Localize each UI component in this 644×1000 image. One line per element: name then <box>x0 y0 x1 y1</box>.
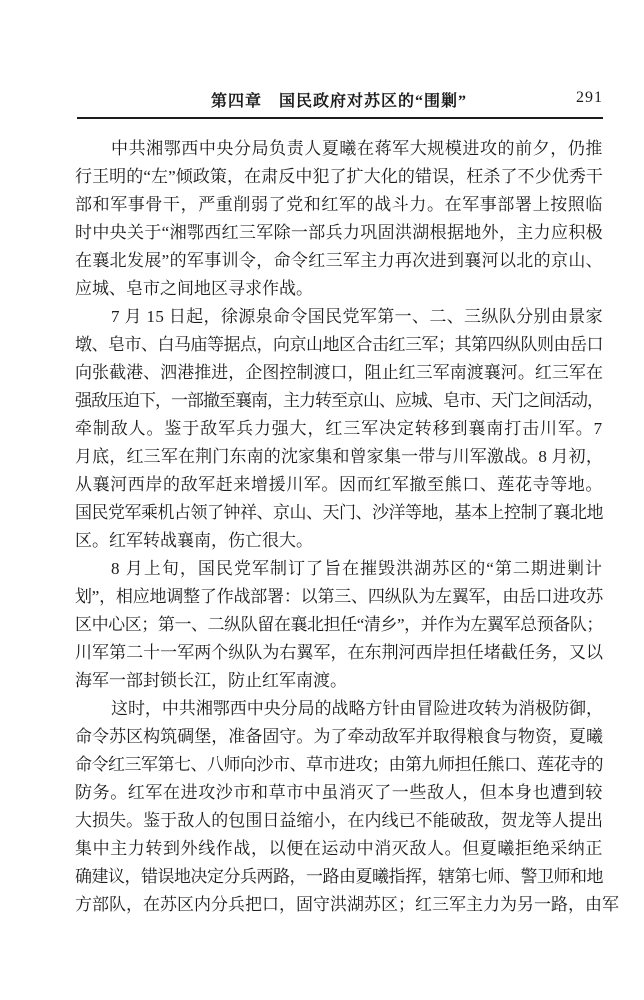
text-line: 集中主力转到外线作战，以便在运动中消灭敌人。但夏曦拒绝采纳正 <box>75 835 603 863</box>
text-line: 海军一部封锁长江，防止红军南渡。 <box>75 667 603 695</box>
text-line: 中共湘鄂西中央分局负责人夏曦在蒋军大规模进攻的前夕，仍推 <box>75 135 603 163</box>
header-rule <box>77 117 603 119</box>
text-line: 这时，中共湘鄂西中央分局的战略方针由冒险进攻转为消极防御， <box>75 695 603 723</box>
text-line: 确建议，错误地决定分兵两路，一路由夏曦指挥，辖第七师、警卫师和地 <box>75 863 603 891</box>
text-line: 时中央关于“湘鄂西红三军除一部兵力巩固洪湖根据地外，主力应积极 <box>75 219 603 247</box>
text-line: 8 月上旬，国民党军制订了旨在摧毁洪湖苏区的“第二期进剿计 <box>75 555 603 583</box>
text-line: 向张截港、泗港推进，企图控制渡口，阻止红三军南渡襄河。红三军在 <box>75 359 603 387</box>
text-line: 大损失。鉴于敌人的包围日益缩小，在内线已不能破敌，贺龙等人提出 <box>75 807 603 835</box>
chapter-title: 第四章 国民政府对苏区的“围剿” <box>75 88 603 111</box>
text-line: 区中心区；第一、二纵队留在襄北担任“清乡”，并作为左翼军总预备队； <box>75 611 603 639</box>
body-paragraphs: 中共湘鄂西中央分局负责人夏曦在蒋军大规模进攻的前夕，仍推行王明的“左”倾政策，在… <box>75 135 603 919</box>
text-line: 应城、皂市之间地区寻求作战。 <box>75 275 603 303</box>
text-line: 7 月 15 日起，徐源泉命令国民党军第一、二、三纵队分别由景家 <box>75 303 603 331</box>
text-line: 从襄河西岸的敌军赶来增援川军。因而红军撤至熊口、莲花寺等地。 <box>75 471 603 499</box>
text-line: 在襄北发展”的军事训令，命令红三军主力再次进到襄河以北的京山、 <box>75 247 603 275</box>
text-line: 防务。红军在进攻沙市和草市中虽消灭了一些敌人，但本身也遭到较 <box>75 779 603 807</box>
text-line: 牵制敌人。鉴于敌军兵力强大，红三军决定转移到襄南打击川军。7 <box>75 415 603 443</box>
text-line: 行王明的“左”倾政策，在肃反中犯了扩大化的错误，枉杀了不少优秀干 <box>75 163 603 191</box>
text-line: 划”，相应地调整了作战部署：以第三、四纵队为左翼军，由岳口进攻苏 <box>75 583 603 611</box>
text-line: 区。红军转战襄南，伤亡很大。 <box>75 527 603 555</box>
page-header: 第四章 国民政府对苏区的“围剿” 291 <box>75 88 603 112</box>
book-page: 第四章 国民政府对苏区的“围剿” 291 中共湘鄂西中央分局负责人夏曦在蒋军大规… <box>0 0 644 1000</box>
text-line: 强敌压迫下，一部撤至襄南，主力转至京山、应城、皂市、天门之间活动， <box>75 387 603 415</box>
text-line: 墩、皂市、白马庙等据点，向京山地区合击红三军；其第四纵队则由岳口 <box>75 331 603 359</box>
page-number: 291 <box>576 89 603 107</box>
text-line: 方部队，在苏区内分兵把口，固守洪湖苏区；红三军主力为另一路，由军 <box>75 891 603 919</box>
text-line: 国民党军乘机占领了钟祥、京山、天门、沙洋等地，基本上控制了襄北地 <box>75 499 603 527</box>
text-line: 部和军事骨干，严重削弱了党和红军的战斗力。在军事部署上按照临 <box>75 191 603 219</box>
text-line: 月底，红三军在荆门东南的沈家集和曾家集一带与川军激战。8 月初， <box>75 443 603 471</box>
text-line: 命令红三军第七、八师向沙市、草市进攻；由第九师担任熊口、莲花寺的 <box>75 751 603 779</box>
text-line: 川军第二十一军两个纵队为右翼军，在东荆河西岸担任堵截任务，又以 <box>75 639 603 667</box>
text-line: 命令苏区构筑碉堡，准备固守。为了牵动敌军并取得粮食与物资，夏曦 <box>75 723 603 751</box>
